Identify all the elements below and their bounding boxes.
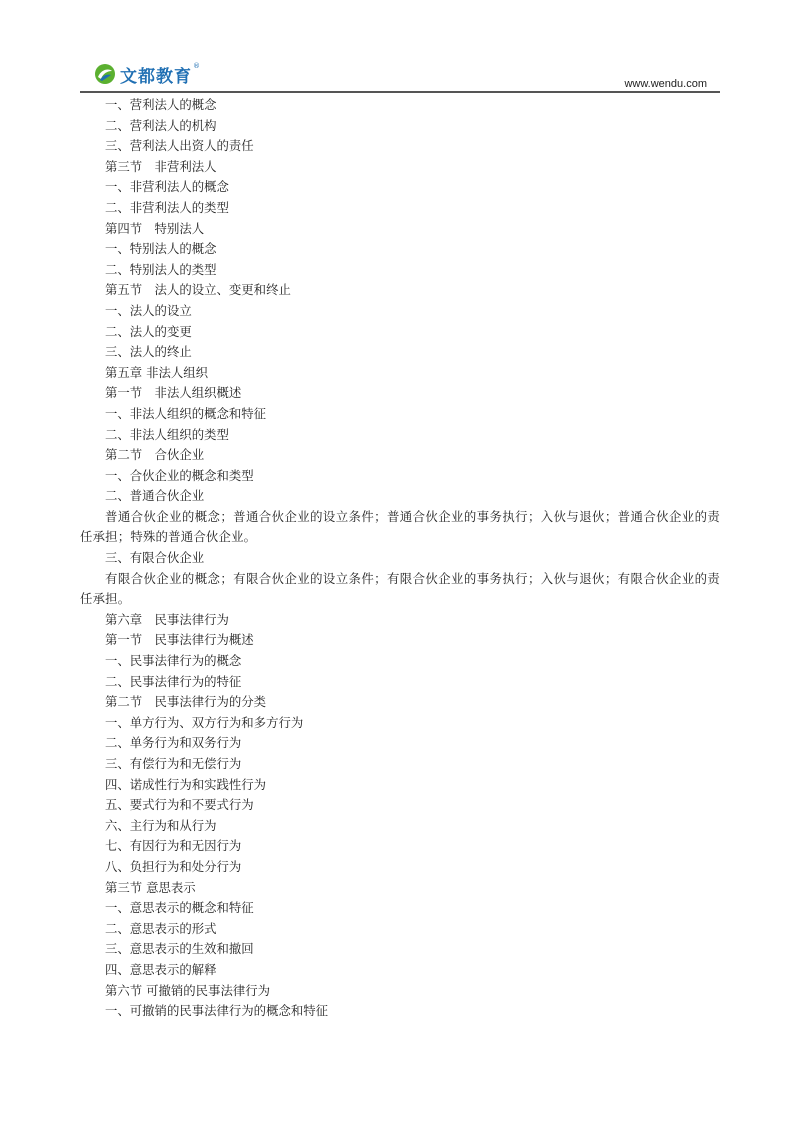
outline-item: 第五节 法人的设立、变更和终止 bbox=[80, 280, 720, 301]
outline-item: 四、意思表示的解释 bbox=[80, 960, 720, 981]
outline-item: 一、非法人组织的概念和特征 bbox=[80, 404, 720, 425]
page-header: 文都教育 ® www.wendu.com bbox=[0, 0, 793, 92]
wendu-logo: 文都教育 ® bbox=[94, 62, 200, 86]
outline-item: 一、营利法人的概念 bbox=[80, 95, 720, 116]
registered-mark: ® bbox=[193, 62, 200, 70]
outline-item: 二、民事法律行为的特征 bbox=[80, 672, 720, 693]
outline-item: 一、非营利法人的概念 bbox=[80, 177, 720, 198]
outline-item: 四、诺成性行为和实践性行为 bbox=[80, 775, 720, 796]
outline-item: 三、意思表示的生效和撤回 bbox=[80, 939, 720, 960]
outline-item: 五、要式行为和不要式行为 bbox=[80, 795, 720, 816]
outline-item: 第四节 特别法人 bbox=[80, 219, 720, 240]
document-body: 一、营利法人的概念二、营利法人的机构三、营利法人出资人的责任第三节 非营利法人一… bbox=[80, 95, 720, 1022]
outline-item: 一、意思表示的概念和特征 bbox=[80, 898, 720, 919]
outline-item: 一、特别法人的概念 bbox=[80, 239, 720, 260]
outline-item: 一、法人的设立 bbox=[80, 301, 720, 322]
outline-item: 一、可撤销的民事法律行为的概念和特征 bbox=[80, 1001, 720, 1022]
outline-item: 三、营利法人出资人的责任 bbox=[80, 136, 720, 157]
outline-item: 二、法人的变更 bbox=[80, 322, 720, 343]
outline-item: 一、单方行为、双方行为和多方行为 bbox=[80, 713, 720, 734]
outline-item: 二、单务行为和双务行为 bbox=[80, 733, 720, 754]
header-divider bbox=[80, 91, 720, 93]
outline-item: 二、特别法人的类型 bbox=[80, 260, 720, 281]
outline-item: 一、合伙企业的概念和类型 bbox=[80, 466, 720, 487]
body-paragraph: 有限合伙企业的概念；有限合伙企业的设立条件；有限合伙企业的事务执行；入伙与退伙；… bbox=[80, 569, 720, 610]
outline-item: 二、意思表示的形式 bbox=[80, 919, 720, 940]
outline-item: 第一节 民事法律行为概述 bbox=[80, 630, 720, 651]
outline-item: 七、有因行为和无因行为 bbox=[80, 836, 720, 857]
outline-item: 三、有偿行为和无偿行为 bbox=[80, 754, 720, 775]
outline-item: 二、普通合伙企业 bbox=[80, 486, 720, 507]
outline-item: 第二节 合伙企业 bbox=[80, 445, 720, 466]
outline-item: 三、有限合伙企业 bbox=[80, 548, 720, 569]
site-url: www.wendu.com bbox=[624, 78, 707, 90]
outline-item: 一、民事法律行为的概念 bbox=[80, 651, 720, 672]
outline-item: 二、非法人组织的类型 bbox=[80, 425, 720, 446]
wendu-leaf-logo-icon bbox=[94, 63, 116, 85]
outline-item: 第六节 可撤销的民事法律行为 bbox=[80, 981, 720, 1002]
outline-item: 三、法人的终止 bbox=[80, 342, 720, 363]
outline-item: 第五章 非法人组织 bbox=[80, 363, 720, 384]
outline-item: 第二节 民事法律行为的分类 bbox=[80, 692, 720, 713]
outline-item: 第三节 非营利法人 bbox=[80, 157, 720, 178]
body-paragraph: 普通合伙企业的概念；普通合伙企业的设立条件；普通合伙企业的事务执行；入伙与退伙；… bbox=[80, 507, 720, 548]
outline-item: 八、负担行为和处分行为 bbox=[80, 857, 720, 878]
outline-item: 第三节 意思表示 bbox=[80, 878, 720, 899]
logo-text: 文都教育 bbox=[120, 62, 192, 87]
outline-item: 二、非营利法人的类型 bbox=[80, 198, 720, 219]
outline-item: 二、营利法人的机构 bbox=[80, 116, 720, 137]
outline-item: 六、主行为和从行为 bbox=[80, 816, 720, 837]
outline-item: 第六章 民事法律行为 bbox=[80, 610, 720, 631]
outline-item: 第一节 非法人组织概述 bbox=[80, 383, 720, 404]
